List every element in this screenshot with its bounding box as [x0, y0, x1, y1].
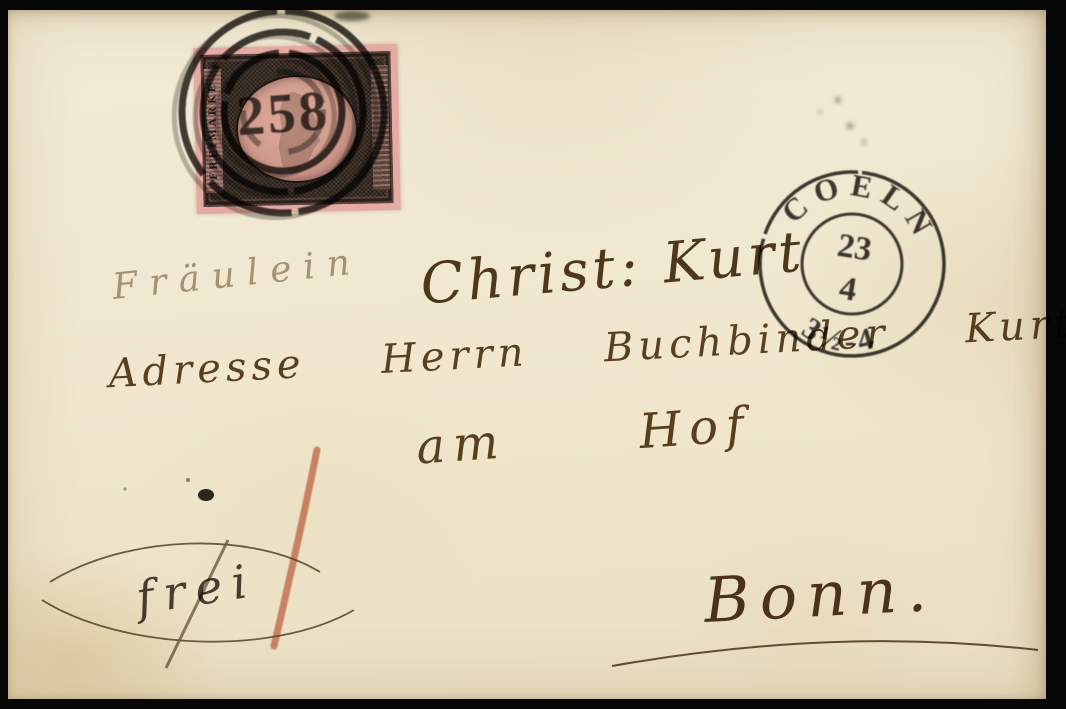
stamp-inscription-freimarke: FREIMARKE [207, 82, 220, 180]
stamp-portrait-oval [237, 76, 357, 182]
franking-note: frei [133, 553, 261, 625]
address-street-line: am Hof [414, 396, 753, 475]
destination-city: Bonn. [702, 552, 938, 637]
envelope-cover: FREIMARKE Fräulein Christ: Kurt Adresse … [8, 10, 1046, 699]
stamp-inscription-band: FREIMARKE [204, 69, 224, 193]
stamp-engraved-frame: FREIMARKE [200, 51, 393, 207]
address-addressee: Christ: Kurt [418, 219, 808, 317]
address-salutation: Fräulein [111, 241, 364, 308]
postage-stamp: FREIMARKE [193, 44, 400, 214]
photo-background: FREIMARKE Fräulein Christ: Kurt Adresse … [0, 0, 1066, 709]
stamp-right-ornament-band [371, 65, 391, 189]
king-profile-silhouette [263, 90, 329, 171]
address-care-of-line: Adresse Herrn Buchbinder Kurt [107, 301, 1066, 398]
